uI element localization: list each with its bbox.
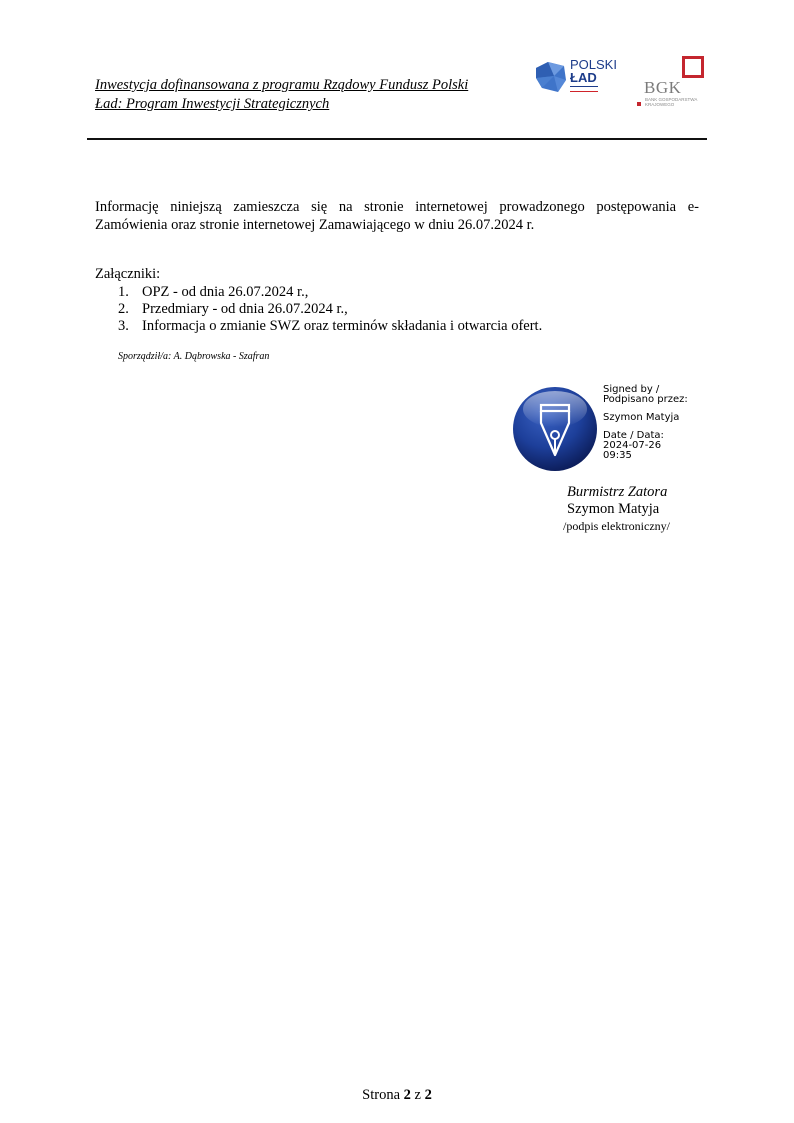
attachment-text: OPZ - od dnia 26.07.2024 r., (142, 284, 308, 301)
prepared-by: Sporządził/a: A. Dąbrowska - Szafran (118, 351, 269, 362)
page-total: 2 (425, 1087, 432, 1103)
attachments-label: Załączniki: (95, 266, 160, 283)
polski-lad-text: POLSKI ŁAD (570, 58, 617, 84)
signer-name: Szymon Matyja (603, 413, 688, 423)
sign-time: 09:35 (603, 451, 688, 461)
attachment-item: 1.OPZ - od dnia 26.07.2024 r., (118, 284, 542, 301)
footer-sep: z (415, 1087, 421, 1103)
header-title-line1: Inwestycja dofinansowana z programu Rząd… (95, 76, 468, 95)
bgk-square-icon (682, 56, 704, 78)
attachment-num: 2. (118, 301, 142, 318)
page-number: 2 (404, 1087, 411, 1103)
bgk-dot-icon (637, 102, 641, 106)
polski-lad-logo: POLSKI ŁAD (534, 56, 624, 96)
signer-full-name: Szymon Matyja (567, 501, 659, 518)
fountain-pen-icon (511, 385, 599, 473)
attachment-text: Informacja o zmianie SWZ oraz terminów s… (142, 318, 542, 335)
info-paragraph: Informację niniejszą zamieszcza się na s… (95, 198, 699, 234)
signer-title: Burmistrz Zatora (567, 484, 667, 501)
header-divider (87, 138, 707, 140)
header-title-line2: Ład: Program Inwestycji Strategicznych (95, 95, 468, 114)
bgk-subtitle-line2: KRAJOWEGO (645, 102, 697, 107)
attachment-text: Przedmiary - od dnia 26.07.2024 r., (142, 301, 348, 318)
polski-lad-stripes (570, 86, 598, 92)
attachment-num: 1. (118, 284, 142, 301)
polski-lad-logo-icon (534, 60, 568, 94)
footer-prefix: Strona (362, 1087, 400, 1103)
attachments-list: 1.OPZ - od dnia 26.07.2024 r., 2.Przedmi… (118, 284, 542, 335)
attachment-item: 3.Informacja o zmianie SWZ oraz terminów… (118, 318, 542, 335)
signature-info: Signed by / Podpisano przez: Szymon Maty… (603, 385, 688, 461)
signature-badge[interactable] (511, 385, 599, 473)
bgk-logo: BGK BANK GOSPODARSTWA KRAJOWEGO (636, 56, 711, 108)
attachment-item: 2.Przedmiary - od dnia 26.07.2024 r., (118, 301, 542, 318)
attachment-num: 3. (118, 318, 142, 335)
header-title: Inwestycja dofinansowana z programu Rząd… (95, 76, 468, 114)
polski-lad-line2: ŁAD (570, 71, 617, 84)
bgk-subtitle: BANK GOSPODARSTWA KRAJOWEGO (645, 97, 697, 107)
bgk-text: BGK (644, 78, 681, 98)
signed-by-label-pl: Podpisano przez: (603, 395, 688, 405)
electronic-signature-note: /podpis elektroniczny/ (563, 519, 670, 534)
page-footer: Strona 2 z 2 (0, 1087, 794, 1104)
